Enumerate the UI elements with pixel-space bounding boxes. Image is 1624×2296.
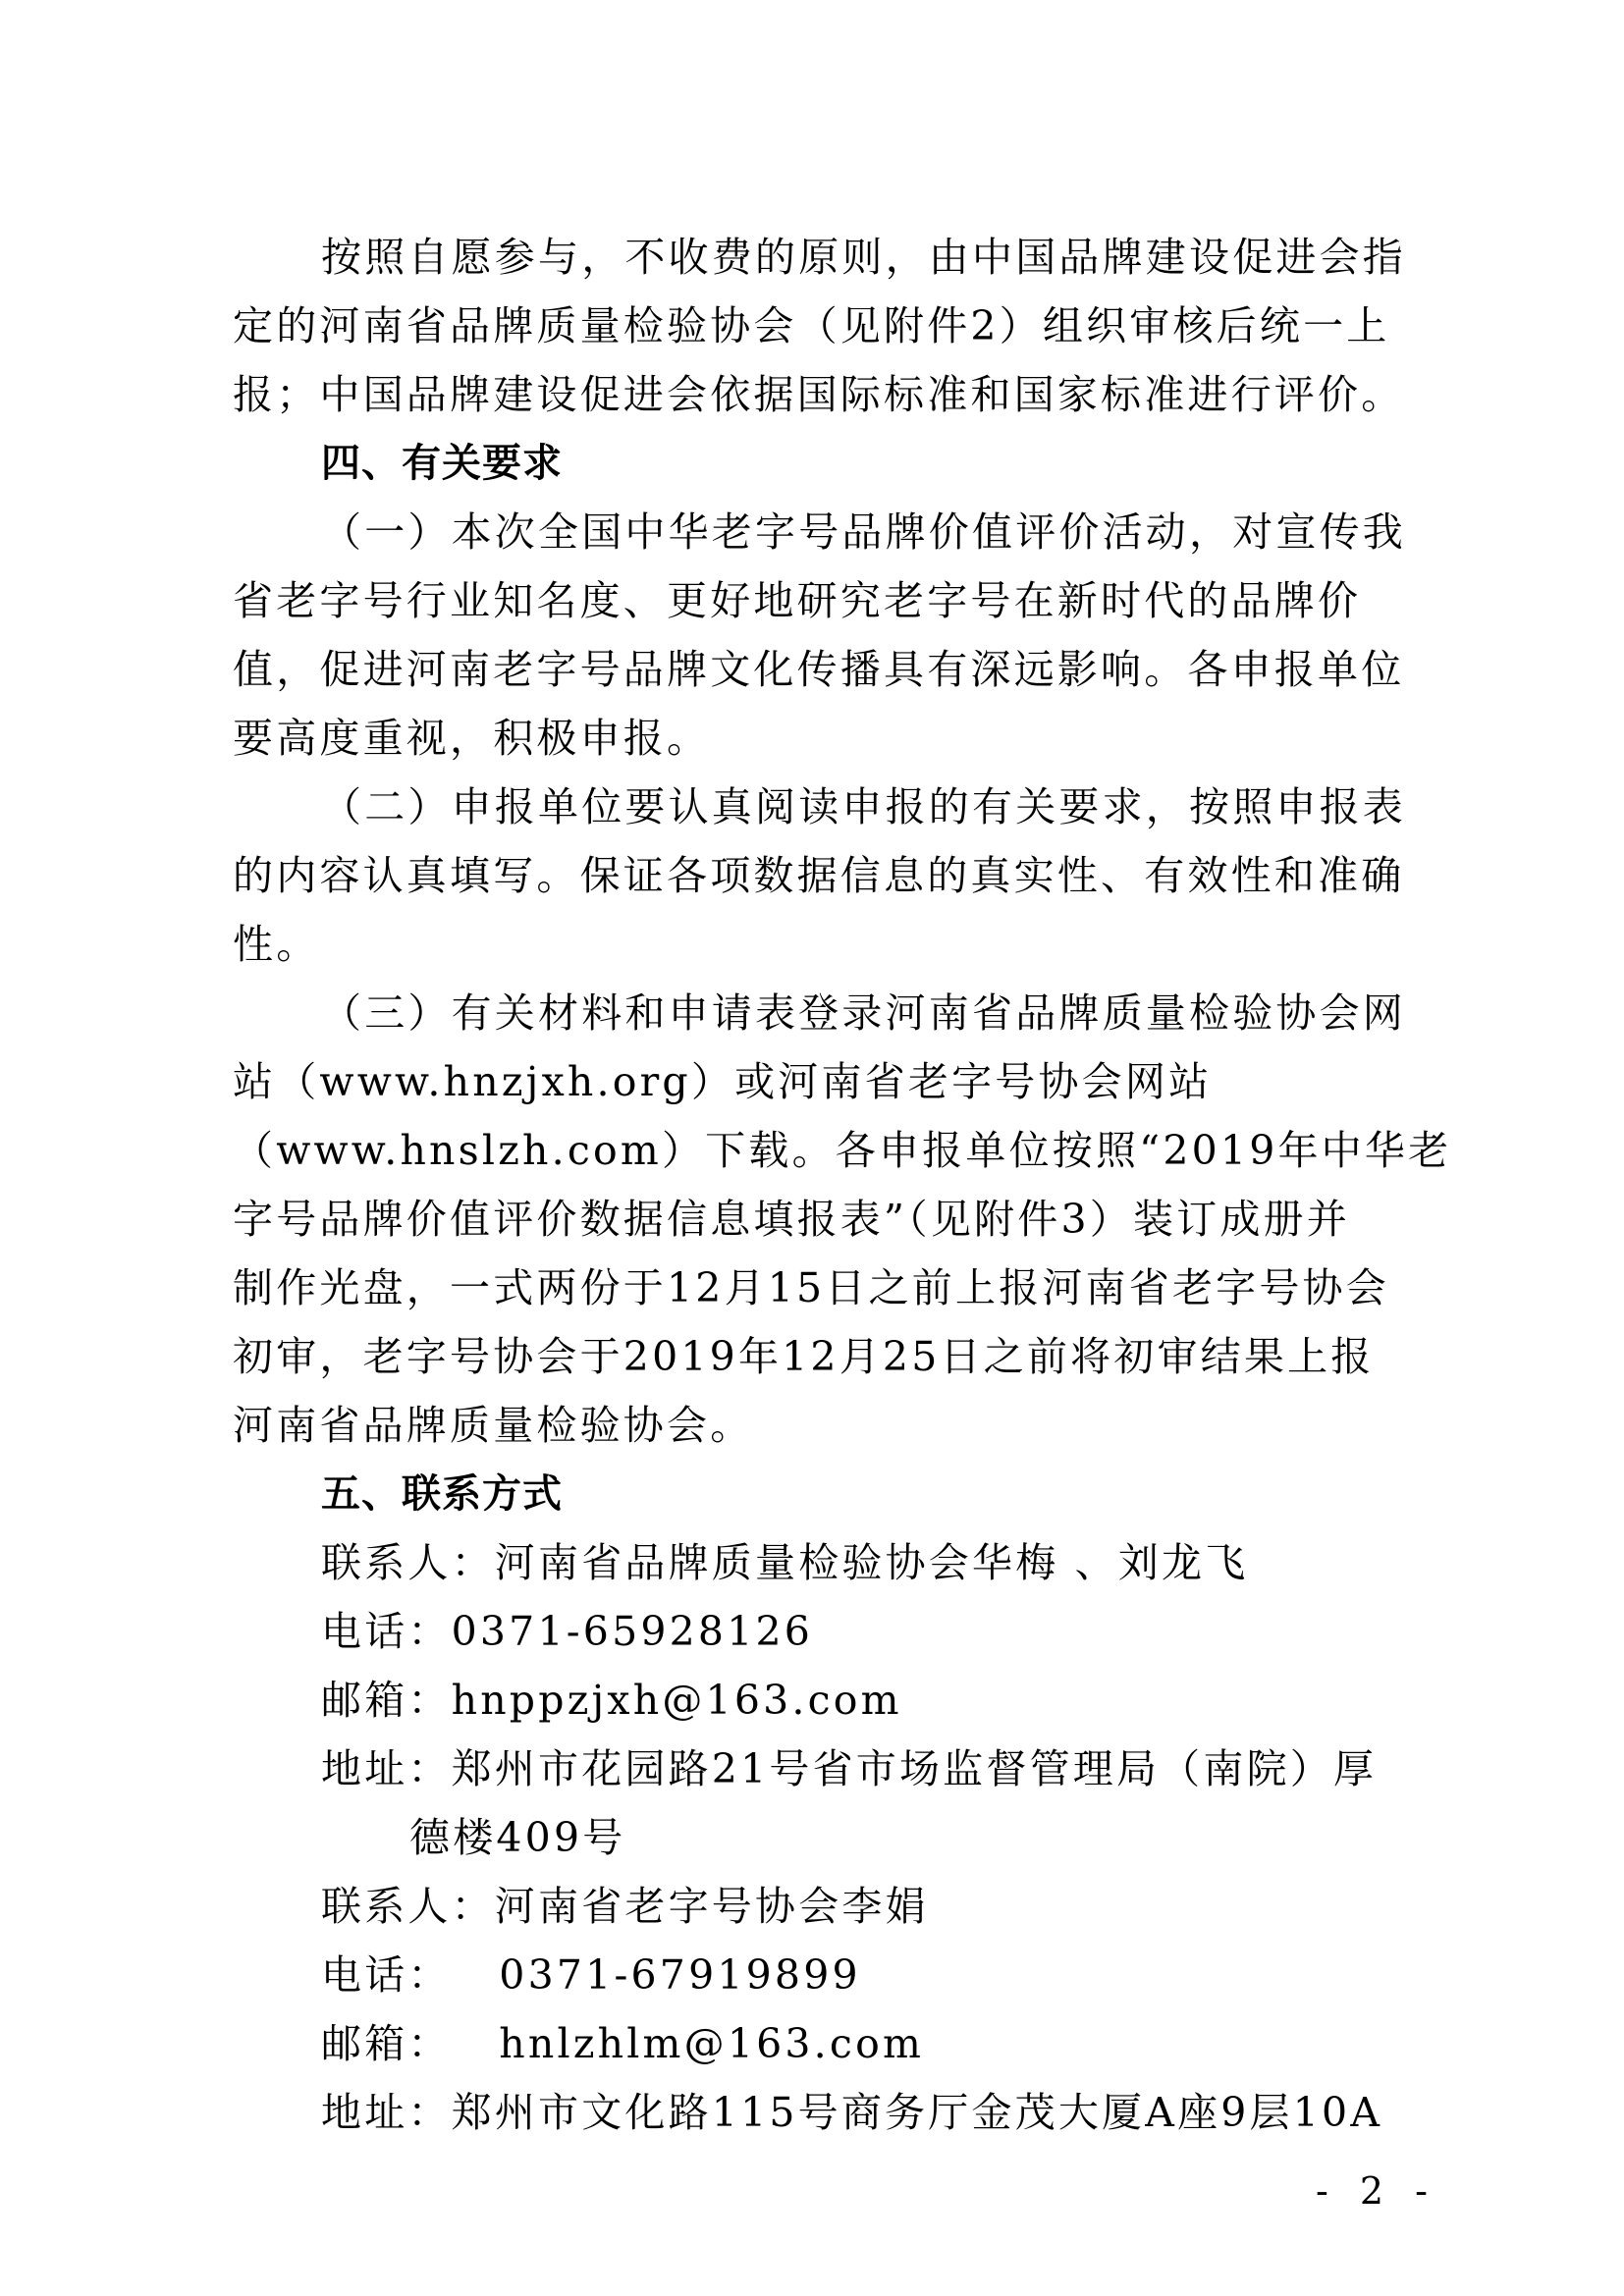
item1-line-3: 值，促进河南老字号品牌文化传播具有深远影响。各申报单位 — [233, 635, 1406, 704]
contact1-person: 联系人：河南省品牌质量检验协会华梅 、刘龙飞 — [233, 1528, 1406, 1597]
intro-line-1: 按照自愿参与，不收费的原则，由中国品牌建设促进会指 — [233, 223, 1406, 292]
contact1-email: 邮箱：hnppzjxh@163.com — [233, 1666, 1406, 1735]
section-4-heading: 四、有关要求 — [233, 429, 1406, 498]
contact1-address-cont: 德楼409号 — [233, 1803, 1406, 1872]
intro-line-3: 报；中国品牌建设促进会依据国际标准和国家标准进行评价。 — [233, 360, 1406, 429]
intro-line-2: 定的河南省品牌质量检验协会（见附件2）组织审核后统一上 — [233, 292, 1406, 360]
section-5-heading: 五、联系方式 — [233, 1460, 1406, 1528]
item3-line-3: （www.hnslzh.com）下载。各申报单位按照“2019年中华老 — [233, 1116, 1406, 1185]
contact1-phone: 电话：0371-65928126 — [233, 1597, 1406, 1666]
item2-line-2: 的内容认真填写。保证各项数据信息的真实性、有效性和准确 — [233, 841, 1406, 910]
contact2-person: 联系人：河南省老字号协会李娟 — [233, 1872, 1406, 1941]
item1-line-1: （一）本次全国中华老字号品牌价值评价活动，对宣传我 — [233, 498, 1406, 566]
item1-line-2: 省老字号行业知名度、更好地研究老字号在新时代的品牌价 — [233, 566, 1406, 635]
item1-line-4: 要高度重视，积极申报。 — [233, 704, 1406, 773]
contact2-address: 地址：郑州市文化路115号商务厅金茂大厦A座9层10A — [233, 2078, 1406, 2147]
item3-line-7: 河南省品牌质量检验协会。 — [233, 1391, 1406, 1460]
contact2-email: 邮箱： hnlzhlm@163.com — [233, 2009, 1406, 2078]
item3-line-2: 站（www.hnzjxh.org）或河南省老字号协会网站 — [233, 1047, 1406, 1116]
item3-line-4: 字号品牌价值评价数据信息填报表”（见附件3）装订成册并 — [233, 1185, 1406, 1254]
page-number: - 2 - — [1316, 2169, 1437, 2213]
item2-line-1: （二）申报单位要认真阅读申报的有关要求，按照申报表 — [233, 773, 1406, 841]
document-page: 按照自愿参与，不收费的原则，由中国品牌建设促进会指 定的河南省品牌质量检验协会（… — [233, 223, 1406, 2147]
item3-line-5: 制作光盘，一式两份于12月15日之前上报河南省老字号协会 — [233, 1254, 1406, 1322]
item2-line-3: 性。 — [233, 910, 1406, 979]
item3-line-1: （三）有关材料和申请表登录河南省品牌质量检验协会网 — [233, 979, 1406, 1047]
item3-line-6: 初审，老字号协会于2019年12月25日之前将初审结果上报 — [233, 1322, 1406, 1391]
contact1-address: 地址：郑州市花园路21号省市场监督管理局（南院）厚 — [233, 1735, 1406, 1803]
contact2-phone: 电话： 0371-67919899 — [233, 1941, 1406, 2009]
